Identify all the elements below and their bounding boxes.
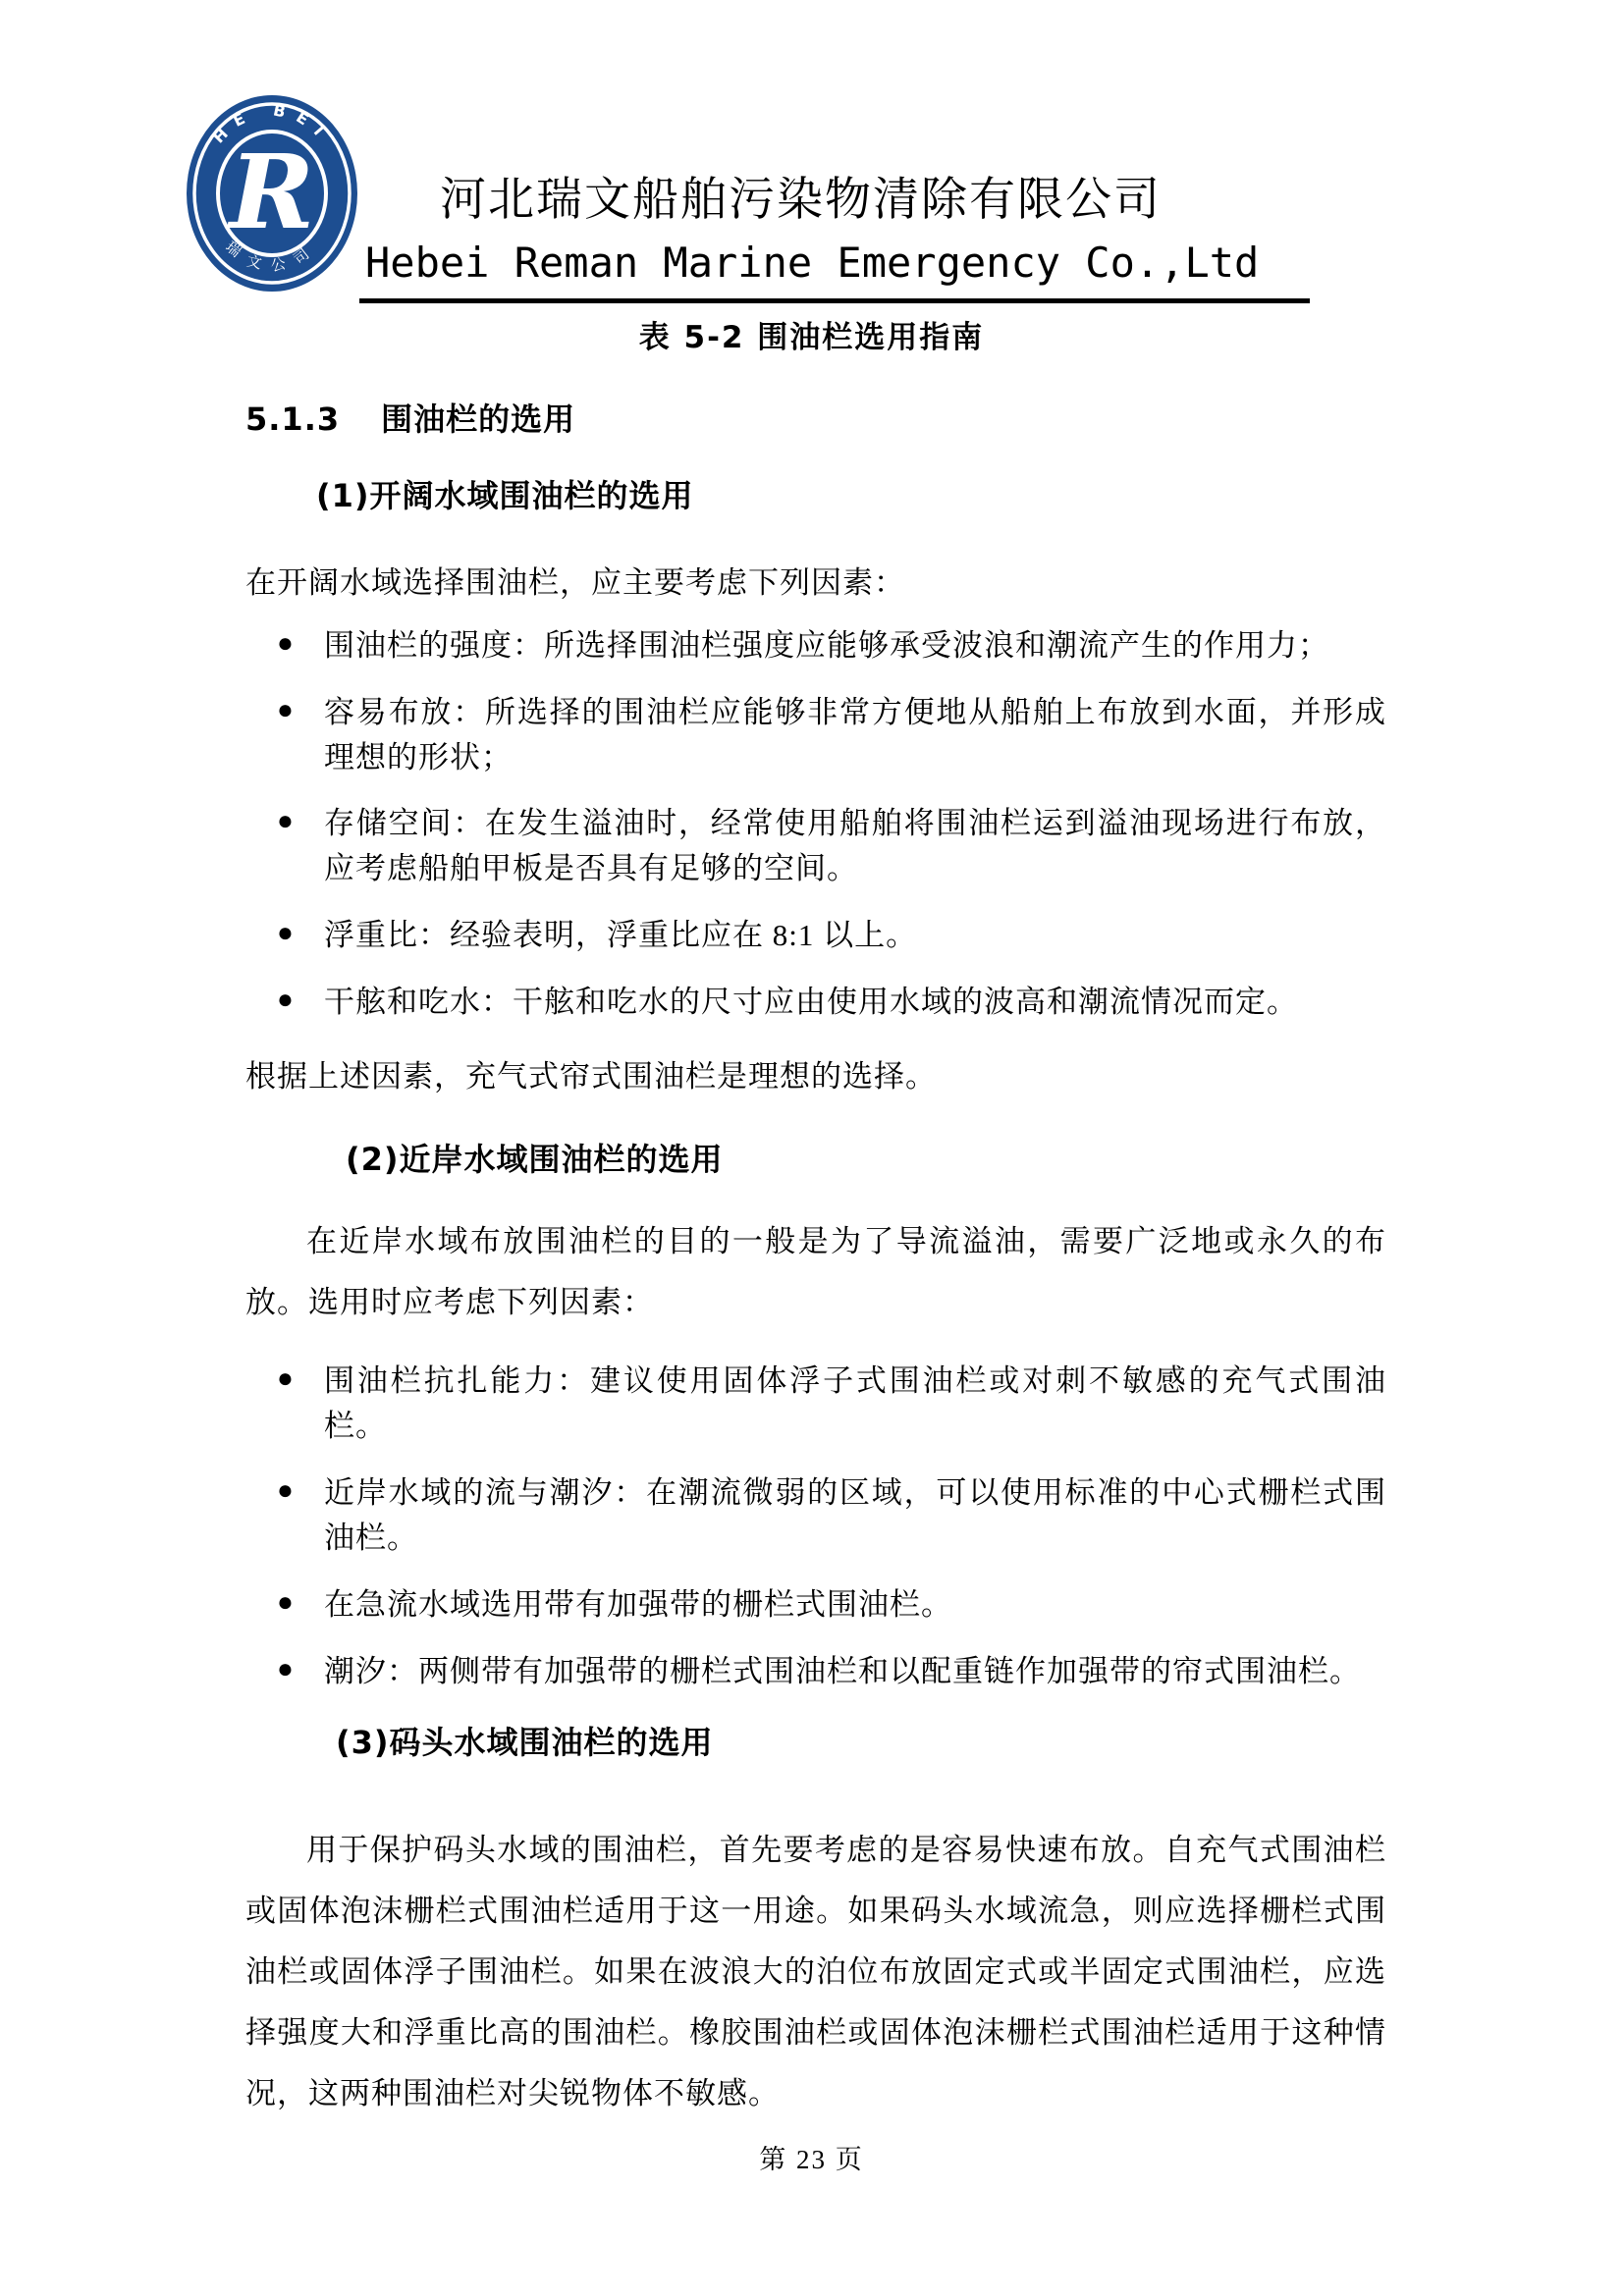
list-item: ● 存储空间：在发生溢油时，经常使用船舶将围油栏运到溢油现场进行布放，应考虑船舶… <box>277 801 1386 891</box>
list-item: ● 干舷和吃水：干舷和吃水的尺寸应由使用水域的波高和潮流情况而定。 <box>277 980 1386 1025</box>
bullet-text: 浮重比：经验表明，浮重比应在 8:1 以上。 <box>324 913 1386 958</box>
bullet-icon: ● <box>277 801 324 891</box>
bullet-icon: ● <box>277 1359 324 1449</box>
subsection-2-heading: (2)近岸水域围油栏的选用 <box>245 1137 1386 1182</box>
logo-monogram: R <box>227 132 314 252</box>
section-heading: 5.1.3围油栏的选用 <box>245 397 1386 442</box>
page-number: 第 23 页 <box>0 2138 1623 2176</box>
list-item: ● 围油栏抗扎能力：建议使用固体浮子式围油栏或对刺不敏感的充气式围油栏。 <box>277 1359 1386 1449</box>
doc-title: 表 5-2 围油栏选用指南 <box>0 312 1623 356</box>
list-item: ● 容易布放：所选择的围油栏应能够非常方便地从船舶上布放到水面，并形成理想的形状… <box>277 690 1386 780</box>
bullet-text: 存储空间：在发生溢油时，经常使用船舶将围油栏运到溢油现场进行布放，应考虑船舶甲板… <box>324 801 1386 891</box>
subsection-2-intro: 在近岸水域布放围油栏的目的一般是为了导流溢油，需要广泛地或永久的布放。选用时应考… <box>245 1211 1386 1333</box>
subsection-3-paragraph: 用于保护码头水域的围油栏，首先要考虑的是容易快速布放。自充气式围油栏或固体泡沫栅… <box>245 1820 1386 2124</box>
bullet-text: 围油栏抗扎能力：建议使用固体浮子式围油栏或对刺不敏感的充气式围油栏。 <box>324 1359 1386 1449</box>
section-title: 围油栏的选用 <box>381 400 575 438</box>
subsection-1-bullet-list: ● 围油栏的强度：所选择围油栏强度应能够承受波浪和潮流产生的作用力； ● 容易布… <box>245 623 1386 1025</box>
bullet-icon: ● <box>277 1582 324 1628</box>
list-item: ● 围油栏的强度：所选择围油栏强度应能够承受波浪和潮流产生的作用力； <box>277 623 1386 668</box>
bullet-icon: ● <box>277 1649 324 1694</box>
list-item: ● 浮重比：经验表明，浮重比应在 8:1 以上。 <box>277 913 1386 958</box>
bullet-text: 容易布放：所选择的围油栏应能够非常方便地从船舶上布放到水面，并形成理想的形状； <box>324 690 1386 780</box>
subsection-2-bullet-list: ● 围油栏抗扎能力：建议使用固体浮子式围油栏或对刺不敏感的充气式围油栏。 ● 近… <box>245 1359 1386 1693</box>
document-page: HE BEI 瑞文公司 R 河北瑞文船舶污染物清除有限公司 Hebei Rema… <box>0 0 1623 2296</box>
subsection-1-heading: (1)开阔水域围油栏的选用 <box>245 473 1386 518</box>
company-name-en: Hebei Reman Marine Emergency Co.,Ltd <box>365 239 1259 287</box>
subsection-1-intro: 在开阔水域选择围油栏，应主要考虑下列因素： <box>245 553 1386 614</box>
bullet-icon: ● <box>277 623 324 668</box>
bullet-text: 干舷和吃水：干舷和吃水的尺寸应由使用水域的波高和潮流情况而定。 <box>324 980 1386 1025</box>
subsection-3-heading: (3)码头水域围油栏的选用 <box>245 1720 1386 1765</box>
bullet-icon: ● <box>277 1470 324 1561</box>
company-name-cn: 河北瑞文船舶污染物清除有限公司 <box>440 163 1162 229</box>
bullet-text: 近岸水域的流与潮汐：在潮流微弱的区域，可以使用标准的中心式栅栏式围油栏。 <box>324 1470 1386 1561</box>
bullet-text: 潮汐：两侧带有加强带的栅栏式围油栏和以配重链作加强带的帘式围油栏。 <box>324 1649 1386 1694</box>
bullet-text: 在急流水域选用带有加强带的栅栏式围油栏。 <box>324 1582 1386 1628</box>
section-number: 5.1.3 <box>245 400 340 438</box>
list-item: ● 近岸水域的流与潮汐：在潮流微弱的区域，可以使用标准的中心式栅栏式围油栏。 <box>277 1470 1386 1561</box>
bullet-icon: ● <box>277 980 324 1025</box>
company-logo-icon: HE BEI 瑞文公司 R <box>185 93 359 294</box>
bullet-text: 围油栏的强度：所选择围油栏强度应能够承受波浪和潮流产生的作用力； <box>324 623 1386 668</box>
list-item: ● 在急流水域选用带有加强带的栅栏式围油栏。 <box>277 1582 1386 1628</box>
header-divider <box>359 298 1310 303</box>
document-body: 5.1.3围油栏的选用 (1)开阔水域围油栏的选用 在开阔水域选择围油栏，应主要… <box>245 397 1386 2124</box>
list-item: ● 潮汐：两侧带有加强带的栅栏式围油栏和以配重链作加强带的帘式围油栏。 <box>277 1649 1386 1694</box>
subsection-1-conclusion: 根据上述因素，充气式帘式围油栏是理想的选择。 <box>245 1046 1386 1107</box>
bullet-icon: ● <box>277 690 324 780</box>
bullet-icon: ● <box>277 913 324 958</box>
